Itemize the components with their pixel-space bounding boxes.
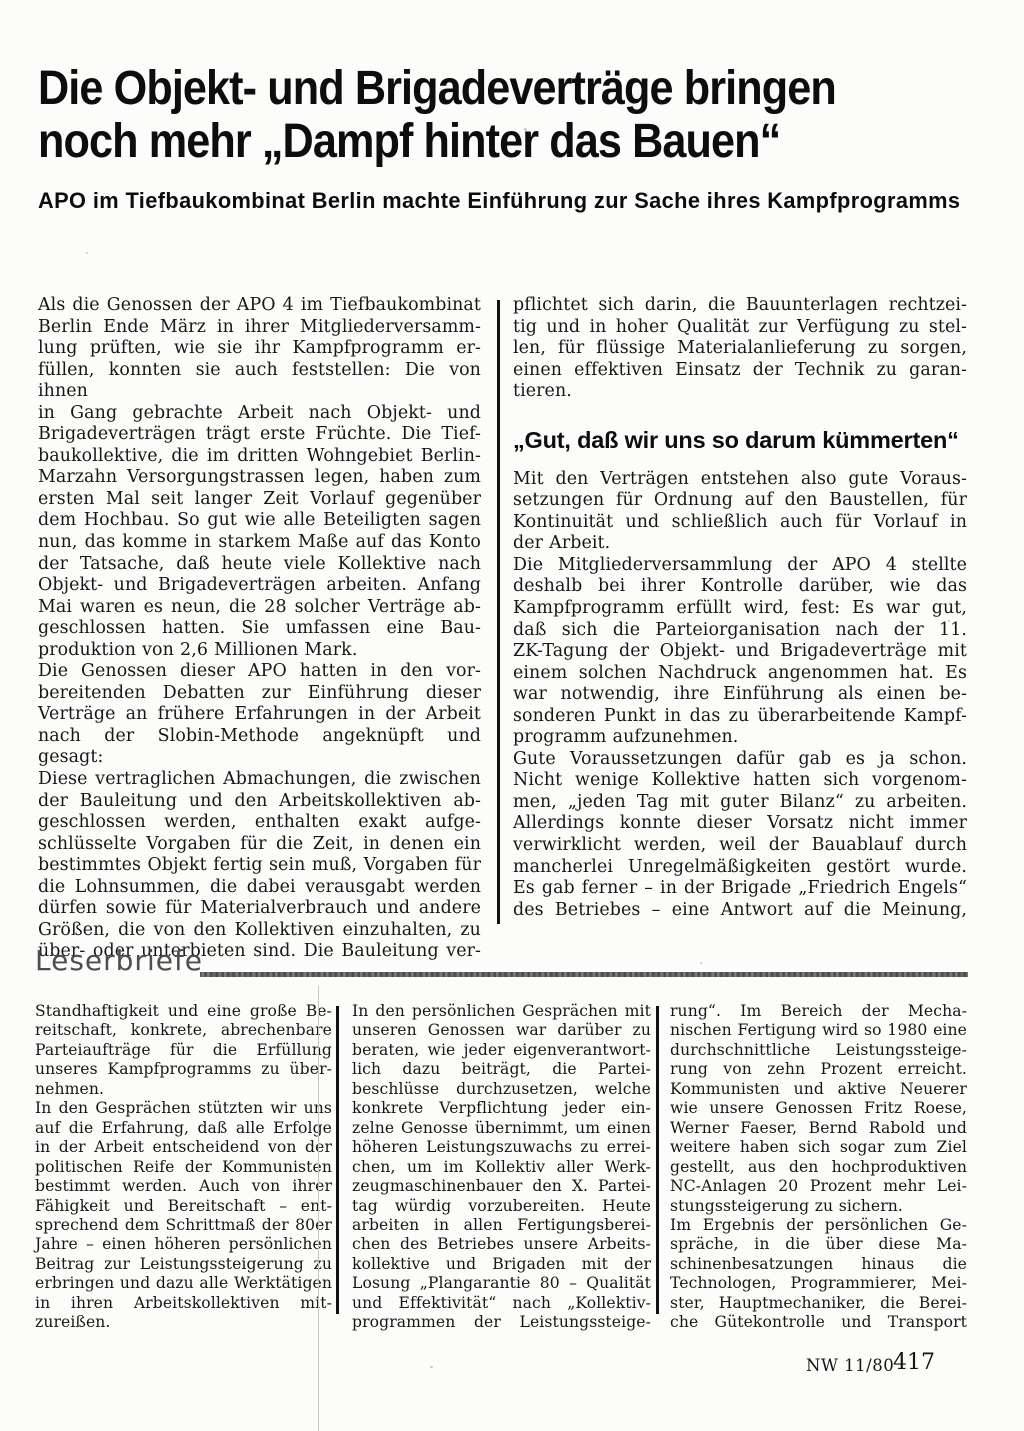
paragraph: Mit den Verträgen entstehen also gute Vo… (513, 469, 967, 555)
text-line: beraten, wie jeder eigenverantwort- (352, 1041, 651, 1060)
text-line: Kampfprogramm erfüllt wird, fest: Es war… (513, 598, 967, 620)
leserbriefe-column-3: rung“. Im Bereich der Mecha-nischen Fert… (670, 1002, 967, 1333)
text-line: chen, um im Kollektiv aller Werk- (352, 1158, 651, 1177)
scan-crease-line (318, 986, 319, 1431)
text-line: produktion von 2,6 Millionen Mark. (38, 640, 481, 662)
text-line: Kontinuität und schließlich auch für Vor… (513, 512, 967, 534)
text-line: Diese vertraglichen Abmachungen, die zwi… (38, 769, 481, 791)
text-line: höheren Leistungszuwachs zu errei- (352, 1138, 651, 1157)
scan-speckle (948, 620, 950, 622)
article-inner-subhead: „Gut, daß wir uns so darum kümmerten“ (513, 427, 967, 454)
text-line: sprechend dem Schrittmaß der 80er (35, 1216, 332, 1235)
text-line: gestellt, aus den hochproduktiven (670, 1158, 967, 1177)
text-line: reitschaft, konkrete, abrechenbare (35, 1021, 332, 1040)
text-line: schinenbesatzungen hinaus die (670, 1255, 967, 1274)
text-line: bestimmtes Objekt fertig sein muß, Vorga… (38, 855, 481, 877)
leserbriefe-divider-2 (656, 1006, 659, 1314)
text-line: verwirklicht werden, weil der Bauablauf … (513, 835, 967, 857)
text-line: ster, Hauptmechaniker, die Berei- (670, 1294, 967, 1313)
text-line: Berlin Ende März in ihrer Mitgliedervers… (38, 317, 481, 339)
text-line: füllen, konnten sie auch feststellen: Di… (38, 360, 481, 403)
text-line: Standhaftigkeit und eine große Be- (35, 1002, 332, 1021)
text-line: Die Mitgliederversammlung der APO 4 stel… (513, 555, 967, 577)
text-line: Mit den Verträgen entstehen also gute Vo… (513, 469, 967, 491)
text-line: lung prüften, wie sie ihr Kampfprogramm … (38, 338, 481, 360)
text-line: che Gütekontrolle und Transport (670, 1313, 967, 1332)
text-line: Werner Faeser, Bernd Rabold und (670, 1119, 967, 1138)
text-line: programmen der Leistungssteige- (352, 1313, 651, 1332)
text-line: war notwendig, ihre Einführung als einen… (513, 684, 967, 706)
text-line: nach der Slobin-Methode angeknüpft und g… (38, 726, 481, 769)
text-line: einem solchen Nachdruck angenommen hat. … (513, 663, 967, 685)
scan-speckle (86, 252, 88, 254)
text-line: Als die Genossen der APO 4 im Tiefbaukom… (38, 295, 481, 317)
text-line: Nicht wenige Kollektive hatten sich vorg… (513, 770, 967, 792)
text-line: beschlüsse durchzusetzen, welche (352, 1080, 651, 1099)
text-line: unseren Genossen war darüber zu (352, 1021, 651, 1040)
headline-line-2: noch mehr „Dampf hinter das Bauen“ (38, 115, 902, 168)
text-line: daß sich die Parteiorganisation nach der… (513, 620, 967, 642)
text-line: sonderen Punkt in das zu überarbeitende … (513, 706, 967, 728)
text-line: lich dazu beiträgt, die Partei- (352, 1060, 651, 1079)
text-line: und Effektivität“ nach „Kollektiv- (352, 1294, 651, 1313)
text-line: in der Arbeit entscheidend von der (35, 1138, 332, 1157)
text-line: Gute Voraussetzungen dafür gab es ja sch… (513, 749, 967, 771)
text-line: baukollektive, die im dritten Wohngebiet… (38, 446, 481, 468)
text-line: rung“. Im Bereich der Mecha- (670, 1002, 967, 1021)
text-line: len, für flüssige Materialanlieferung zu… (513, 338, 967, 360)
text-line: in ihren Arbeitskollektiven mit- (35, 1294, 332, 1313)
article-subheadline: APO im Tiefbaukombinat Berlin machte Ein… (38, 188, 1008, 214)
text-line: zeugmaschinenbauer den X. Partei- (352, 1177, 651, 1196)
text-line: unseres Kampfprogramms zu über- (35, 1060, 332, 1079)
text-line: erbringen und dazu alle Werktätigen (35, 1274, 332, 1293)
scan-speckle (700, 962, 702, 964)
text-line: Größen, die von den Kollektiven einzuhal… (38, 920, 481, 942)
text-line: bereitenden Debatten zur Einführung dies… (38, 683, 481, 705)
text-line: dürfen sowie für Materialverbrauch und a… (38, 898, 481, 920)
paragraph: In den Gesprächen stützten wir unsauf di… (35, 1099, 332, 1332)
article-column-right: pflichtet sich darin, die Bauunterlagen … (513, 295, 967, 921)
paragraph: In den persönlichen Gesprächen mitunsere… (352, 1002, 651, 1333)
text-line: geschlossen werden, enthalten exakt aufg… (38, 812, 481, 834)
text-line: In den Gesprächen stützten wir uns (35, 1099, 332, 1118)
text-line: zureißen. (35, 1313, 332, 1332)
text-line: Brigadeverträgen trägt erste Früchte. Di… (38, 424, 481, 446)
text-line: Kommunisten und aktive Neuerer (670, 1080, 967, 1099)
text-line: tag würdig vorzubereiten. Heute (352, 1197, 651, 1216)
text-line: mancherlei Unregelmäßigkeiten gestört wu… (513, 857, 967, 879)
text-line: geschlossen hatten. Sie umfassen eine Ba… (38, 618, 481, 640)
text-line: Mai waren es neun, die 28 solcher Verträ… (38, 597, 481, 619)
footer-page-number: 417 (893, 1350, 935, 1375)
text-line: politischen Reife der Kommunisten (35, 1158, 332, 1177)
headline-line-1: Die Objekt- und Brigadeverträge bringen (38, 62, 902, 115)
text-line: der Tatsache, daß heute viele Kollektive… (38, 554, 481, 576)
paragraph: Die Genossen dieser APO hatten in den vo… (38, 661, 481, 963)
text-line: Objekt- und Brigadeverträgen arbeiten. A… (38, 575, 481, 597)
text-line: in Gang gebrachte Arbeit nach Objekt- un… (38, 403, 481, 425)
scan-speckle (430, 1366, 433, 1368)
footer-journal-issue: NW 11/80 (806, 1356, 894, 1375)
text-line: In den persönlichen Gesprächen mit (352, 1002, 651, 1021)
text-line: nun, das komme in starkem Maße auf das K… (38, 532, 481, 554)
text-line: setzungen für Ordnung auf den Baustellen… (513, 490, 967, 512)
scan-speckle (524, 128, 527, 131)
article-column-left: Als die Genossen der APO 4 im Tiefbaukom… (38, 295, 481, 963)
right-column-top: pflichtet sich darin, die Bauunterlagen … (513, 295, 967, 403)
text-line: arbeiten in allen Fertigungsberei- (352, 1216, 651, 1235)
text-line: kollektive und Brigaden mit der (352, 1255, 651, 1274)
paragraph: pflichtet sich darin, die Bauunterlagen … (513, 295, 967, 403)
text-line: Beitrag zur Leistungssteigerung zu (35, 1255, 332, 1274)
text-line: durchschnittliche Leistungssteige- (670, 1041, 967, 1060)
paragraph: Die Mitgliederversammlung der APO 4 stel… (513, 555, 967, 749)
text-line: bestimmt werden. Auch von ihrer (35, 1177, 332, 1196)
text-line: nehmen. (35, 1080, 332, 1099)
text-line: Losung „Plangarantie 80 – Qualität (352, 1274, 651, 1293)
paragraph: rung“. Im Bereich der Mecha-nischen Fert… (670, 1002, 967, 1216)
text-line: nischen Fertigung wird so 1980 eine (670, 1021, 967, 1040)
text-line: ersten Mal seit langer Zeit Vorlauf gege… (38, 489, 481, 511)
text-line: weitere haben sich sogar zum Ziel (670, 1138, 967, 1157)
text-line: der Arbeit. (513, 533, 967, 555)
text-line: konkrete Verpflichtung jeder ein- (352, 1099, 651, 1118)
leserbriefe-column-1: Standhaftigkeit und eine große Be-reitsc… (35, 1002, 332, 1333)
text-line: einen effektiven Einsatz der Technik zu … (513, 360, 967, 382)
text-line: pflichtet sich darin, die Bauunterlagen … (513, 295, 967, 317)
paragraph: Im Ergebnis der persönlichen Ge-spräche,… (670, 1216, 967, 1333)
paragraph: Gute Voraussetzungen dafür gab es ja sch… (513, 749, 967, 921)
text-line: die Lohnsummen, die dabei verausgabt wer… (38, 877, 481, 899)
text-line: Jahre – einen höheren persönlichen (35, 1235, 332, 1254)
text-line: wie unsere Genossen Fritz Roese, (670, 1099, 967, 1118)
text-line: Allerdings konnte dieser Vorsatz nicht i… (513, 813, 967, 835)
text-line: stungssteigerung zu sichern. (670, 1197, 967, 1216)
leserbriefe-column-2: In den persönlichen Gesprächen mitunsere… (352, 1002, 651, 1333)
text-line: rung von zehn Prozent erreicht. (670, 1060, 967, 1079)
text-line: der Bauleitung und den Arbeitskollektive… (38, 791, 481, 813)
section-divider-rule (200, 972, 968, 977)
text-line: Die Genossen dieser APO hatten in den vo… (38, 661, 481, 683)
text-line: men, „jeden Tag mit guter Bilanz“ zu arb… (513, 792, 967, 814)
text-line: ZK-Tagung der Objekt- und Brigadeverträg… (513, 641, 967, 663)
text-line: Im Ergebnis der persönlichen Ge- (670, 1216, 967, 1235)
right-column-bottom: Mit den Verträgen entstehen also gute Vo… (513, 469, 967, 921)
paragraph: Als die Genossen der APO 4 im Tiefbaukom… (38, 295, 481, 661)
text-line: chen des Betriebes unsere Arbeits- (352, 1235, 651, 1254)
text-line: spräche, in die über diese Ma- (670, 1235, 967, 1254)
text-line: Es gab ferner – in der Brigade „Friedric… (513, 878, 967, 900)
text-line: tig und in hoher Qualität zur Verfügung … (513, 317, 967, 339)
text-line: zelne Genosse übernimmt, um einen (352, 1119, 651, 1138)
text-line: tieren. (513, 381, 967, 403)
text-line: auf die Erfahrung, daß alle Erfolge (35, 1119, 332, 1138)
magazine-page: Die Objekt- und Brigadeverträge bringen … (0, 0, 1024, 1431)
text-line: Parteiaufträge für die Erfüllung (35, 1041, 332, 1060)
text-line: dem Hochbau. So gut wie alle Beteiligten… (38, 510, 481, 532)
text-line: NC-Anlagen 20 Prozent mehr Lei- (670, 1177, 967, 1196)
text-line: deshalb bei ihrer Kontrolle darüber, wie… (513, 576, 967, 598)
text-line: Fähigkeit und Bereitschaft – ent- (35, 1197, 332, 1216)
text-line: programm aufzunehmen. (513, 727, 967, 749)
section-title-leserbriefe: Leserbriefe (35, 944, 203, 977)
text-line: schlüsselte Vorgaben für die Zeit, in de… (38, 834, 481, 856)
paragraph: Standhaftigkeit und eine große Be-reitsc… (35, 1002, 332, 1099)
column-divider (497, 300, 500, 924)
article-headline: Die Objekt- und Brigadeverträge bringen … (38, 62, 902, 168)
text-line: Marzahn Versorgungstrassen legen, haben … (38, 467, 481, 489)
text-line: Verträge an frühere Erfahrungen in der A… (38, 704, 481, 726)
leserbriefe-divider-1 (336, 1006, 339, 1314)
text-line: Technologen, Programmierer, Mei- (670, 1274, 967, 1293)
text-line: des Betriebes – eine Antwort auf die Mei… (513, 900, 967, 922)
